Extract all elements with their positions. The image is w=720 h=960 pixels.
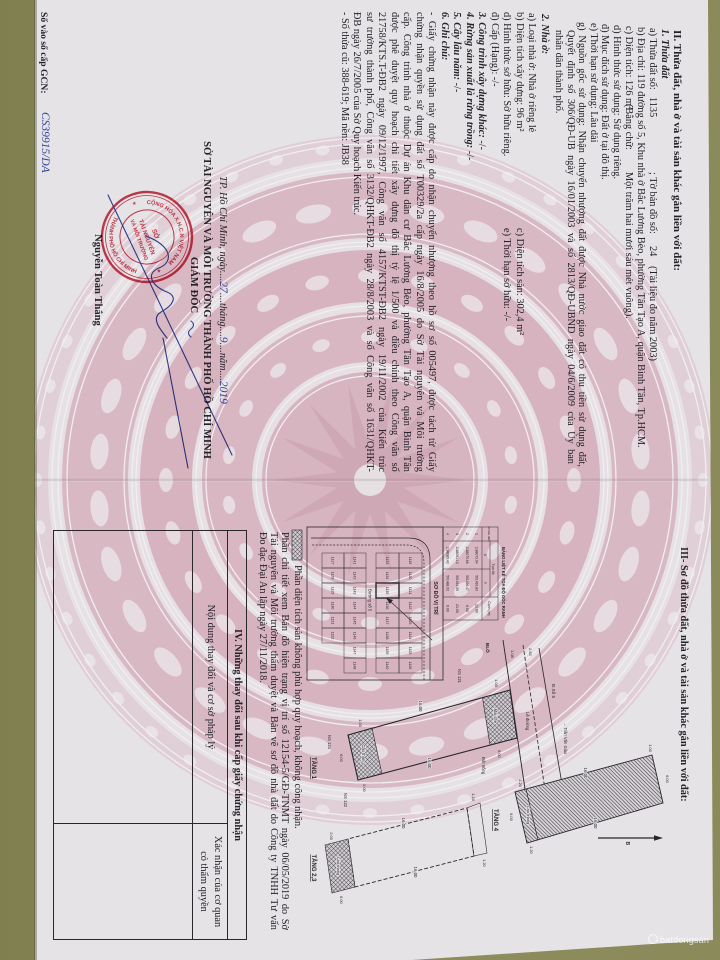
- site-watermark: batdongsan: [648, 934, 709, 945]
- signature-flourish: [189, 321, 194, 337]
- watermark-text: batdongsan: [660, 935, 709, 945]
- watermark-logo-icon: [648, 934, 658, 944]
- land-use-certificate-spread: Số vào sổ cấp GCN: CS39915/DA II. Thửa đ…: [0, 0, 720, 960]
- seal-star-icon: ★: [130, 200, 137, 207]
- seal-and-signature: CỘNG HÒA X.H.C.N VIỆT NAM THÀNH PHỐ HỒ C…: [0, 0, 720, 960]
- photo-frame: Số vào sổ cấp GCN: CS39915/DA II. Thửa đ…: [0, 0, 720, 960]
- signature-stroke: [108, 195, 232, 455]
- handwritten-signature: [108, 195, 232, 468]
- signature-stroke: [163, 338, 188, 468]
